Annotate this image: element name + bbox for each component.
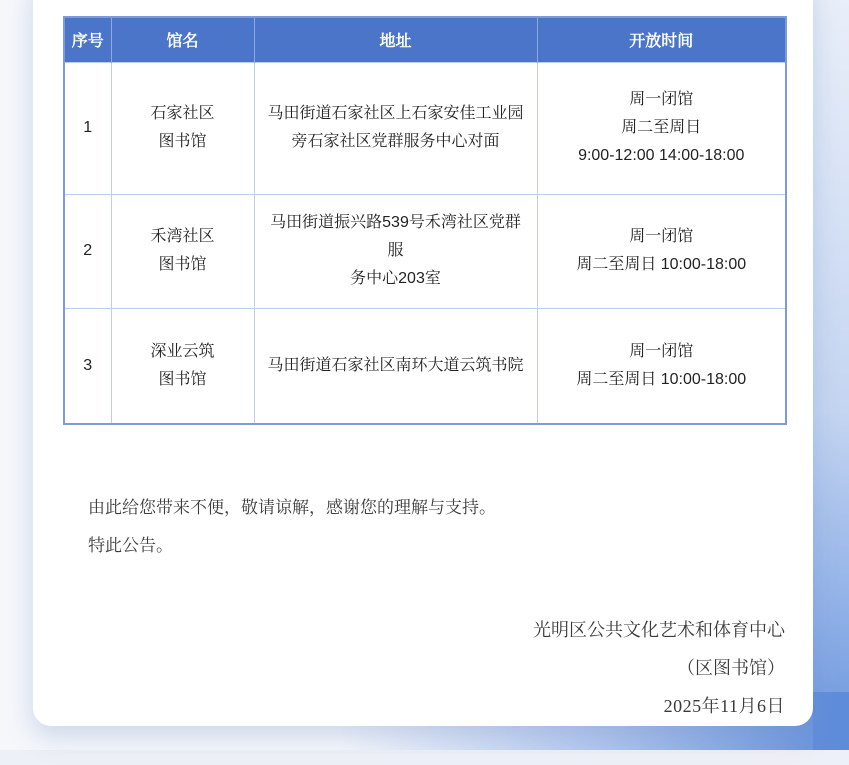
table-row: 3 深业云筑 图书馆 马田街道石家社区南环大道云筑书院 周一闭馆 周二至周日 1… bbox=[64, 308, 786, 424]
table-row: 1 石家社区 图书馆 马田街道石家社区上石家安佳工业园 旁石家社区党群服务中心对… bbox=[64, 62, 786, 194]
header-cell-number: 序号 bbox=[64, 17, 111, 62]
signature-department: （区图书馆） bbox=[63, 649, 785, 687]
signature-date: 2025年11月6日 bbox=[63, 687, 785, 725]
header-cell-hours: 开放时间 bbox=[537, 17, 786, 62]
page-background: 序号 馆名 地址 开放时间 1 石家社区 图书馆 马田街道石家社区上石家安佳工业… bbox=[0, 0, 849, 765]
signature-organization: 光明区公共文化艺术和体育中心 bbox=[63, 611, 785, 649]
notice-closing-text: 特此公告。 bbox=[88, 527, 785, 565]
row-number-cell: 1 bbox=[64, 62, 111, 194]
header-cell-address: 地址 bbox=[254, 17, 537, 62]
library-name-cell: 禾湾社区 图书馆 bbox=[111, 194, 254, 308]
right-gradient-strip bbox=[813, 0, 849, 750]
library-name-cell: 石家社区 图书馆 bbox=[111, 62, 254, 194]
header-cell-name: 馆名 bbox=[111, 17, 254, 62]
row-number-cell: 2 bbox=[64, 194, 111, 308]
signature-block: 光明区公共文化艺术和体育中心 （区图书馆） 2025年11月6日 bbox=[63, 611, 785, 725]
table-row: 2 禾湾社区 图书馆 马田街道振兴路539号禾湾社区党群服 务中心203室 周一… bbox=[64, 194, 786, 308]
content-card: 序号 馆名 地址 开放时间 1 石家社区 图书馆 马田街道石家社区上石家安佳工业… bbox=[33, 0, 813, 726]
row-number-cell: 3 bbox=[64, 308, 111, 424]
hours-cell: 周一闭馆 周二至周日 10:00-18:00 bbox=[537, 308, 786, 424]
notice-apology-text: 由此给您带来不便，敬请谅解，感谢您的理解与支持。 bbox=[88, 489, 785, 527]
notice-paragraph: 由此给您带来不便，敬请谅解，感谢您的理解与支持。 特此公告。 bbox=[88, 489, 785, 565]
address-cell: 马田街道石家社区上石家安佳工业园 旁石家社区党群服务中心对面 bbox=[254, 62, 537, 194]
address-cell: 马田街道石家社区南环大道云筑书院 bbox=[254, 308, 537, 424]
hours-cell: 周一闭馆 周二至周日 10:00-18:00 bbox=[537, 194, 786, 308]
library-name-cell: 深业云筑 图书馆 bbox=[111, 308, 254, 424]
address-cell: 马田街道振兴路539号禾湾社区党群服 务中心203室 bbox=[254, 194, 537, 308]
table-header-row: 序号 馆名 地址 开放时间 bbox=[64, 17, 786, 62]
hours-cell: 周一闭馆 周二至周日 9:00-12:00 14:00-18:00 bbox=[537, 62, 786, 194]
library-table: 序号 馆名 地址 开放时间 1 石家社区 图书馆 马田街道石家社区上石家安佳工业… bbox=[63, 16, 787, 425]
